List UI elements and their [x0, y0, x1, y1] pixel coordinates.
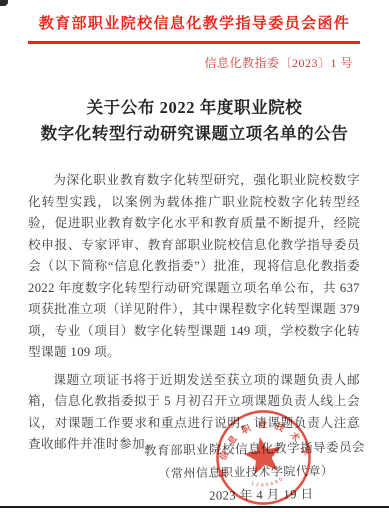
page-bottom-edge	[0, 506, 389, 508]
document-body: 为深化职业教育数字化转型研究，强化职业院校数字化转型实践，以案例为载体推广职业院…	[28, 170, 360, 462]
document-number: 信息化教指委〔2023〕1 号	[204, 54, 353, 71]
document-title-line1: 关于公布 2022 年度职业院校	[0, 95, 389, 121]
letterhead-divider	[28, 41, 360, 44]
letterhead-title: 教育部职业院校信息化教学指导委员会函件	[0, 12, 389, 33]
seal-star-icon	[241, 434, 284, 476]
document-title-line2: 数字化转型行动研究课题立项名单的公告	[0, 121, 389, 147]
scan-artifact	[0, 0, 8, 6]
seal-code-text: 1260690	[249, 475, 286, 491]
scanned-document-page: 教育部职业院校信息化教学指导委员会函件 信息化教指委〔2023〕1 号 关于公布…	[0, 0, 389, 512]
official-seal: 常州信息职业技术学院 1260690	[206, 400, 321, 512]
body-paragraph-1: 为深化职业教育数字化转型研究，强化职业院校数字化转型实践，以案例为载体推广职业院…	[28, 170, 360, 364]
document-title: 关于公布 2022 年度职业院校 数字化转型行动研究课题立项名单的公告	[0, 95, 389, 147]
svg-text:1260690: 1260690	[249, 475, 286, 491]
